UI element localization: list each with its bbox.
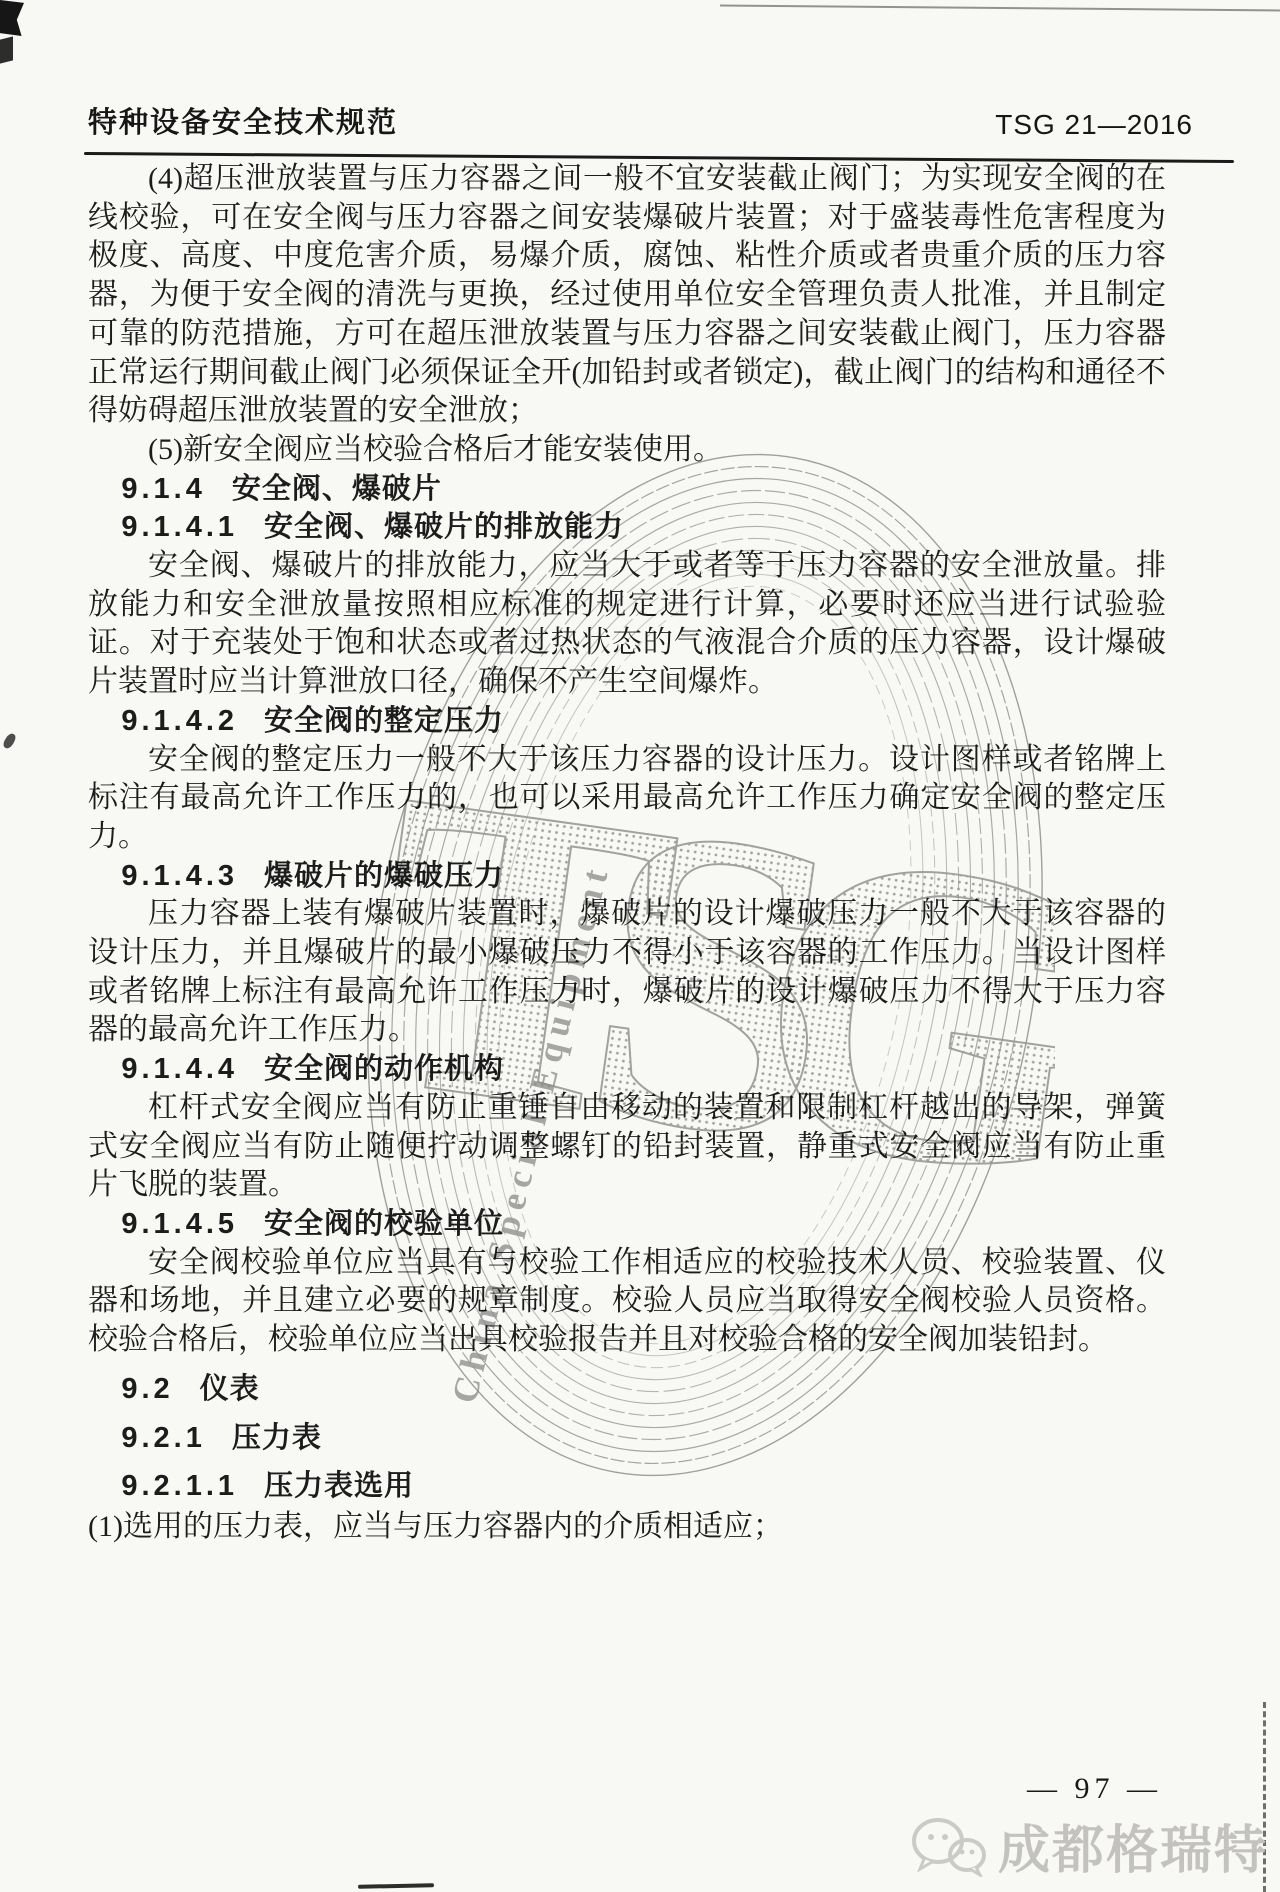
paragraph: 压力容器上装有爆破片装置时，爆破片的设计爆破压力一般不大于该容器的设计压力，并且…: [88, 895, 1166, 1050]
section-heading: 9.2仪表: [88, 1370, 1166, 1409]
scan-line-artifact: [358, 1883, 434, 1889]
section-heading: 9.1.4.2安全阀的整定压力: [88, 702, 1166, 741]
heading-number: 9.1.4.2: [121, 705, 238, 737]
heading-title: 仪表: [200, 1373, 260, 1405]
paragraph: (5)新安全阀应当校验合格后才能安装使用。: [88, 431, 1166, 470]
section-heading: 9.2.1.1压力表选用: [88, 1467, 1166, 1506]
watermark-text: 成都格瑞特: [998, 1808, 1268, 1883]
heading-number: 9.1.4.4: [121, 1053, 238, 1085]
page-header: 特种设备安全技术规范 TSG 21—2016: [88, 100, 1193, 141]
paragraph: 安全阀、爆破片的排放能力，应当大于或者等于压力容器的安全泄放量。排放能力和安全泄…: [88, 547, 1166, 702]
scan-dot-artifact: [1, 732, 17, 750]
wechat-watermark: 成都格瑞特: [910, 1808, 1268, 1883]
paragraph: (1)选用的压力表，应当与压力容器内的介质相适应；: [88, 1508, 1166, 1547]
section-heading: 9.1.4.1安全阀、爆破片的排放能力: [88, 508, 1166, 547]
heading-title: 安全阀的校验单位: [264, 1208, 504, 1240]
paragraph: 安全阀的整定压力一般不大于该压力容器的设计压力。设计图样或者铭牌上标注有最高允许…: [88, 741, 1166, 857]
document-code: TSG 21—2016: [995, 109, 1193, 141]
heading-number: 9.1.4: [121, 473, 206, 505]
heading-title: 爆破片的爆破压力: [264, 860, 504, 892]
paragraph: 杠杆式安全阀应当有防止重锤自由移动的装置和限制杠杆越出的导架，弹簧式安全阀应当有…: [88, 1089, 1166, 1205]
document-body: (4)超压泄放装置与压力容器之间一般不宜安装截止阀门；为实现安全阀的在线校验，可…: [88, 160, 1166, 1547]
scan-line-artifact: [720, 5, 1280, 12]
heading-title: 安全阀的整定压力: [264, 705, 504, 737]
scan-ink-blob: [0, 36, 13, 63]
paragraph: 安全阀校验单位应当具有与校验工作相适应的校验技术人员、校验装置、仪器和场地，并且…: [88, 1244, 1166, 1360]
heading-number: 9.1.4.3: [121, 860, 238, 892]
heading-title: 安全阀、爆破片的排放能力: [264, 511, 624, 543]
heading-title: 安全阀的动作机构: [264, 1053, 504, 1085]
section-heading: 9.1.4.4安全阀的动作机构: [88, 1050, 1166, 1089]
heading-number: 9.1.4.1: [121, 511, 238, 543]
section-heading: 9.1.4.3爆破片的爆破压力: [88, 857, 1166, 896]
heading-title: 压力表选用: [264, 1470, 414, 1502]
heading-number: 9.2: [121, 1373, 173, 1405]
section-heading: 9.1.4.5安全阀的校验单位: [88, 1205, 1166, 1244]
document-title: 特种设备安全技术规范: [88, 100, 398, 141]
heading-number: 9.2.1: [121, 1422, 206, 1454]
heading-title: 安全阀、爆破片: [232, 473, 442, 505]
heading-title: 压力表: [232, 1422, 322, 1454]
paragraph: (4)超压泄放装置与压力容器之间一般不宜安装截止阀门；为实现安全阀的在线校验，可…: [88, 160, 1166, 431]
section-heading: 9.1.4安全阀、爆破片: [88, 470, 1166, 509]
heading-number: 9.2.1.1: [121, 1470, 238, 1502]
heading-number: 9.1.4.5: [121, 1208, 238, 1240]
section-heading: 9.2.1压力表: [88, 1419, 1166, 1458]
page-number: — 97 —: [1027, 1772, 1162, 1806]
wechat-icon: [910, 1815, 988, 1877]
document-page: 特种设备安全技术规范 TSG 21—2016 (4)超压泄放装置与压力容器之间一…: [0, 0, 1280, 1892]
scan-ink-blob: [0, 0, 24, 36]
